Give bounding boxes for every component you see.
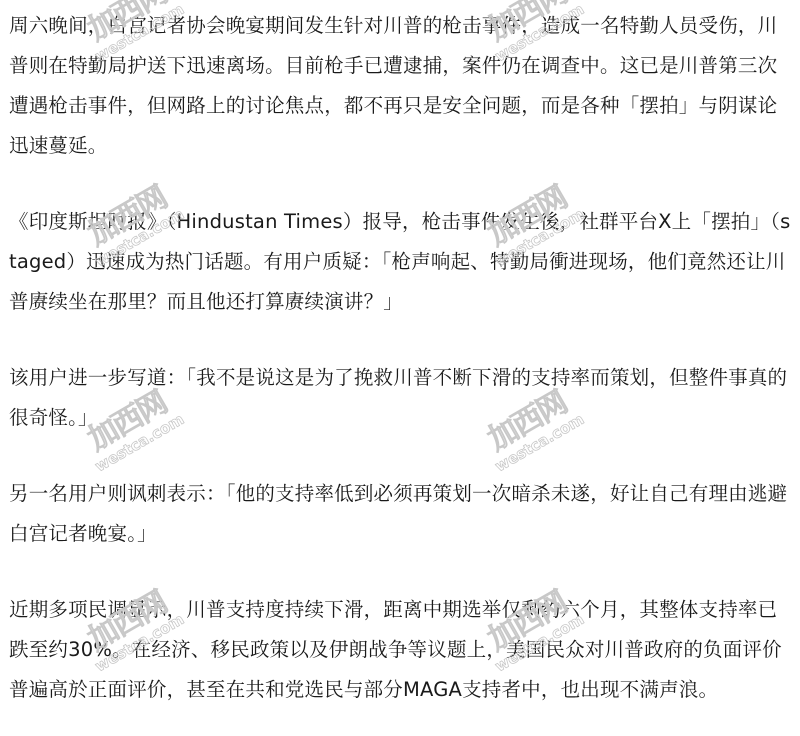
paragraph-polls: 近期多项民调显示，川普支持度持续下滑，距离中期选举仅剩约六个月，其整体支持率已跌…	[9, 590, 791, 710]
paragraph-sarcastic-comment: 另一名用户则讽刺表示：「他的支持率低到必须再策划一次暗杀未遂，好让自己有理由逃避…	[9, 474, 791, 554]
paragraph-shooting-event: 周六晚间，白宫记者协会晚宴期间发生针对川普的枪击事件，造成一名特勤人员受伤，川普…	[9, 0, 791, 166]
article-body: 周六晚间，白宫记者协会晚宴期间发生针对川普的枪击事件，造成一名特勤人员受伤，川普…	[9, 0, 791, 710]
paragraph-user-comment: 该用户进一步写道：「我不是说这是为了挽救川普不断下滑的支持率而策划，但整件事真的…	[9, 358, 791, 438]
paragraph-hindustan-times-report: 《印度斯坦时报》（Hindustan Times）报导，枪击事件发生後，社群平台…	[9, 202, 791, 322]
